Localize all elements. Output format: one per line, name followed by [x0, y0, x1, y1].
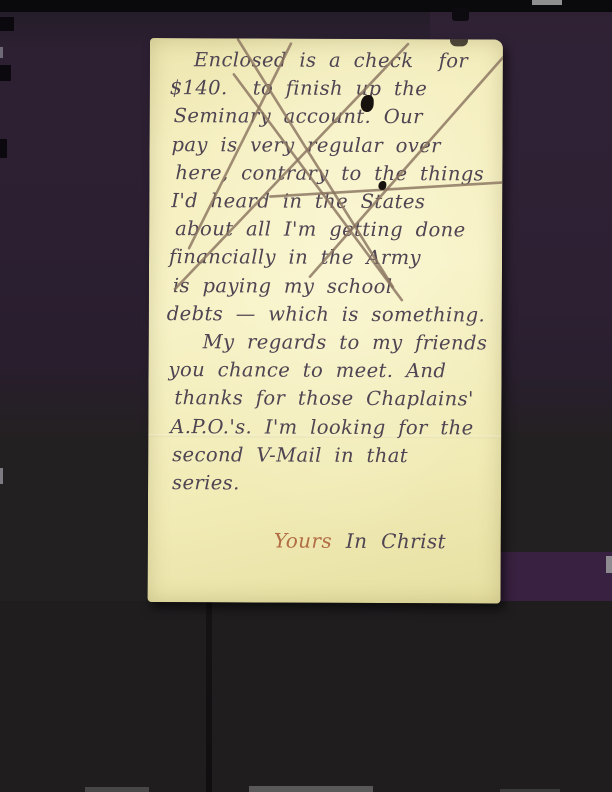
signature: John Zwack: [262, 580, 495, 604]
letter-line: $140. to finish up the: [170, 74, 496, 104]
closing-line: Yours In Christ: [164, 498, 494, 583]
paper-edge-smudge: [450, 39, 468, 46]
letter-line: about all I'm getting done: [175, 215, 495, 245]
scan-edge-artifact: [85, 787, 149, 792]
backing-seam-line: [206, 601, 212, 792]
film-edge-sliver: [0, 468, 3, 484]
letter-line: second V-Mail in that: [172, 441, 494, 471]
letter-line: here, contrary to the things: [175, 159, 495, 189]
letter-line: series.: [172, 469, 494, 499]
film-edge-sliver: [0, 47, 3, 58]
scanned-letter-page: Enclosed is a check for$140. to finish u…: [0, 0, 612, 792]
letter-line: I'd heard in the States: [171, 187, 495, 217]
letter-line: A.P.O.'s. I'm looking for the: [170, 413, 494, 443]
letter-line: Seminary account. Our: [174, 103, 496, 133]
letter-line: is paying my school: [173, 272, 495, 302]
scan-edge-artifact: [249, 786, 373, 792]
letter-paper: Enclosed is a check for$140. to finish u…: [148, 38, 503, 604]
film-edge-notch: [606, 556, 612, 573]
letter-lines: Enclosed is a check for$140. to finish u…: [164, 46, 496, 499]
film-notch: [532, 0, 562, 5]
letter-line: debts — which is something.: [167, 300, 495, 330]
closing-in-christ: In Christ: [346, 529, 446, 553]
letter-body: Enclosed is a check for$140. to finish u…: [163, 46, 496, 603]
letter-line: you chance to meet. And: [168, 356, 494, 386]
backing-smudge: [452, 8, 469, 21]
film-tab: [0, 17, 14, 31]
letter-line: thanks for those Chaplains': [174, 385, 494, 415]
film-edge-top: [0, 0, 612, 12]
backdrop-lower-charcoal: [0, 601, 612, 792]
backdrop-right-purple-band: [499, 552, 612, 601]
film-tab: [0, 65, 11, 81]
ink-blot: [361, 95, 374, 112]
film-tab: [0, 139, 7, 158]
closing-yours: Yours: [274, 529, 346, 553]
letter-line: My regards to my friends: [203, 328, 495, 357]
ink-blot: [378, 181, 386, 190]
letter-line: financially in the Army: [169, 244, 495, 274]
letter-line: pay is very regular over: [171, 131, 495, 161]
letter-line: Enclosed is a check for: [194, 46, 496, 76]
